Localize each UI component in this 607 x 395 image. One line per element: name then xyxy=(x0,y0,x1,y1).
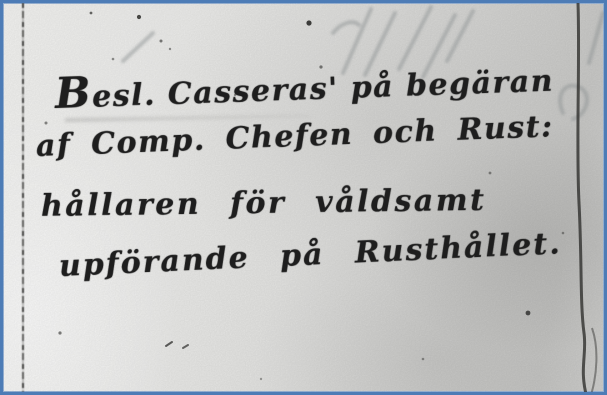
scanned-document-page: Besl. Casseras' på begäran af Comp. Chef… xyxy=(0,0,607,395)
handwriting-line-1: Besl. Casseras' på begäran xyxy=(54,52,555,118)
handwriting-line-4: upförande på Rusthållet. xyxy=(58,226,562,284)
margin-rule-line xyxy=(22,3,24,392)
handwriting-line-3: hållaren för våldsamt xyxy=(41,183,487,224)
